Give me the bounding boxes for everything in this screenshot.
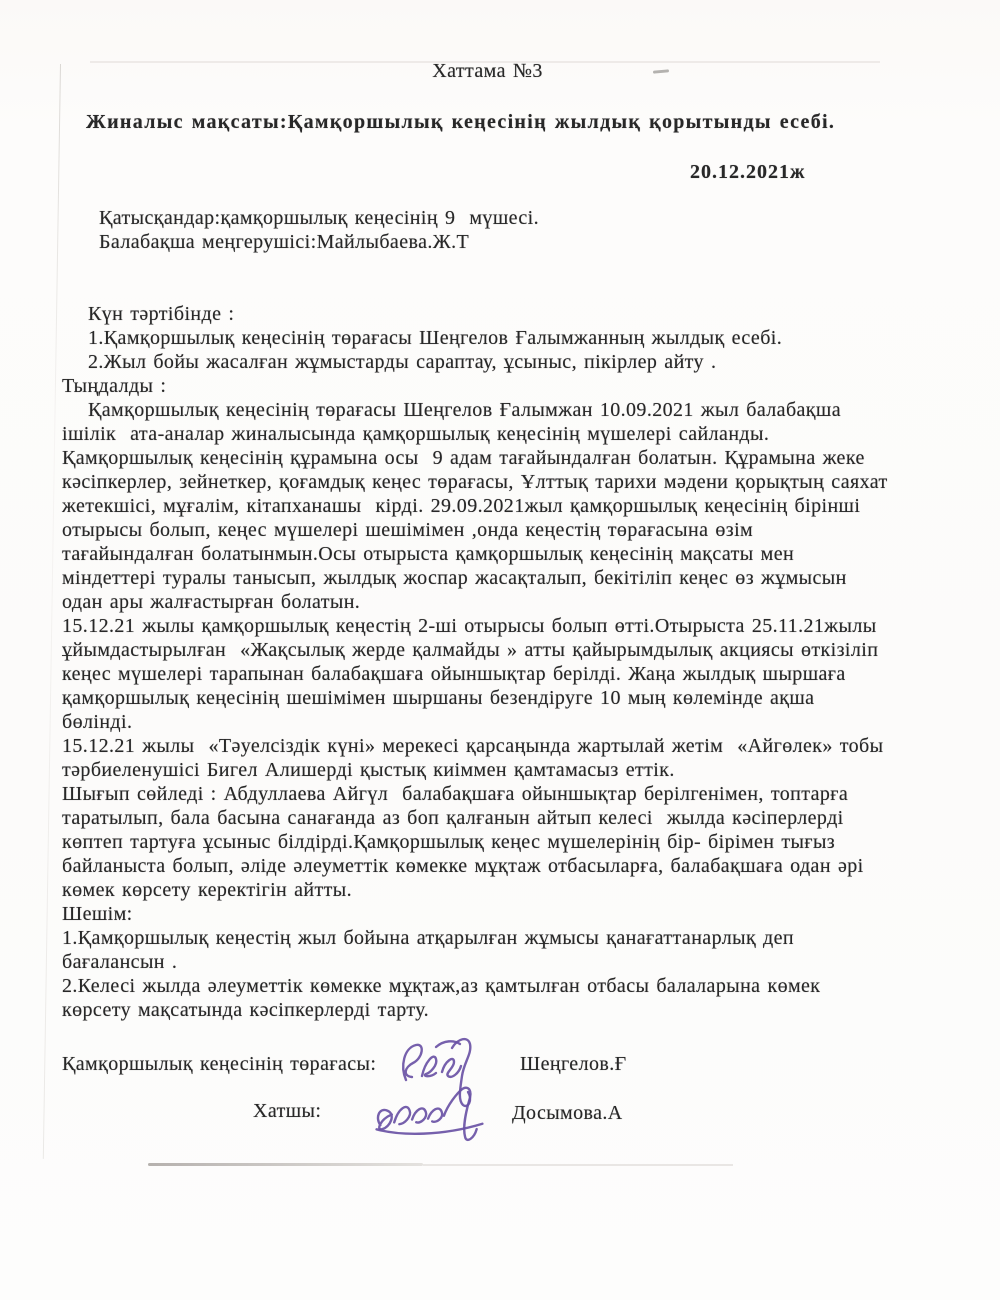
meeting-purpose: Жиналыс мақсаты:Қамқоршылық кеңесінің жы… bbox=[86, 111, 835, 134]
document-line: қамқоршылық кеңесінің шешімімен шыршаны … bbox=[62, 686, 932, 710]
document-line: байланыста болып, әліде әлеуметтік көмек… bbox=[62, 854, 932, 878]
secretary-signature-icon bbox=[368, 1078, 511, 1155]
participants-block: Қатысқандар:қамқоршылық кеңесінің 9 мүше… bbox=[99, 206, 539, 254]
document-line: міндеттері туралы танысып, жылдық жоспар… bbox=[62, 566, 932, 590]
document-line: көптеп тартуға ұсыныс білдірді.Қамқоршыл… bbox=[62, 830, 932, 854]
chairman-name: Шеңгелов.Ғ bbox=[520, 1053, 627, 1076]
document-line: Шығып сөйледі : Абдуллаева Айгүл балабақ… bbox=[62, 782, 932, 806]
document-line: тағайындалған болатынмын.Осы отырыста қа… bbox=[62, 542, 932, 566]
document-line: отырысы болып, кеңес мүшелері шешімімен … bbox=[62, 518, 932, 542]
scan-smudge bbox=[148, 1163, 423, 1166]
document-line: одан ары жалғастырған болатын. bbox=[62, 590, 932, 614]
document-line: Қамқоршылық кеңесінің құрамына осы 9 ада… bbox=[62, 446, 932, 470]
document-line: ішілік ата-аналар жиналысында қамқоршылы… bbox=[62, 422, 932, 446]
document-line: Тыңдалды : bbox=[62, 374, 932, 398]
participants-line: Қатысқандар:қамқоршылық кеңесінің 9 мүше… bbox=[99, 206, 539, 230]
document-line: көмек көрсету керектігін айтты. bbox=[62, 878, 932, 902]
document-line: кәсіпкерлер, зейнеткер, қоғамдық кеңес т… bbox=[62, 470, 932, 494]
document-title: Хаттама №3 bbox=[0, 60, 975, 83]
document-line: ұйымдастырылған «Жақсылық жерде қалмайды… bbox=[62, 638, 932, 662]
document-line: 15.12.21 жылы «Тәуелсіздік күні» мерекес… bbox=[62, 734, 932, 758]
secretary-name: Досымова.А bbox=[512, 1102, 623, 1125]
document-line: таратылып, бала басына санағанда аз боп … bbox=[62, 806, 932, 830]
document-line: бағалансын . bbox=[62, 950, 932, 974]
document-line: 1.Қамқоршылық кеңесінің төрағасы Шеңгело… bbox=[62, 326, 932, 350]
document-line: жетекшісі, мұғалім, кітапханашы кірді. 2… bbox=[62, 494, 932, 518]
chairman-label: Қамқоршылық кеңесінің төрағасы: bbox=[62, 1053, 376, 1076]
scanned-document-page: Хаттама №3 Жиналыс мақсаты:Қамқоршылық к… bbox=[0, 0, 1000, 1300]
document-line: көрсету мақсатында кәсіпкерлерді тарту. bbox=[62, 998, 932, 1022]
document-line: Шешім: bbox=[62, 902, 932, 926]
scan-smudge-light bbox=[423, 1164, 733, 1166]
document-date: 20.12.2021ж bbox=[690, 161, 806, 184]
paper-edge-line bbox=[43, 64, 61, 1159]
document-line: Күн тәртібінде : bbox=[62, 302, 932, 326]
document-line: Қамқоршылық кеңесінің төрағасы Шеңгелов … bbox=[62, 398, 932, 422]
document-line: тәрбиеленушісі Бигел Алишерді қыстық киі… bbox=[62, 758, 932, 782]
document-body: Күн тәртібінде :1.Қамқоршылық кеңесінің … bbox=[62, 302, 932, 1022]
document-line: 1.Қамқоршылық кеңестің жыл бойына атқары… bbox=[62, 926, 932, 950]
document-line: кеңес мүшелері тарапынан балабақшаға ойы… bbox=[62, 662, 932, 686]
document-line: бөлінді. bbox=[62, 710, 932, 734]
secretary-label: Хатшы: bbox=[253, 1100, 321, 1123]
document-line: 2.Келесі жылда әлеуметтік көмекке мұқтаж… bbox=[62, 974, 932, 998]
director-line: Балабақша меңгерушісі:Майлыбаева.Ж.Т bbox=[99, 230, 539, 254]
document-line: 15.12.21 жылы қамқоршылық кеңестің 2-ші … bbox=[62, 614, 932, 638]
document-line: 2.Жыл бойы жасалған жұмыстарды сараптау,… bbox=[62, 350, 932, 374]
